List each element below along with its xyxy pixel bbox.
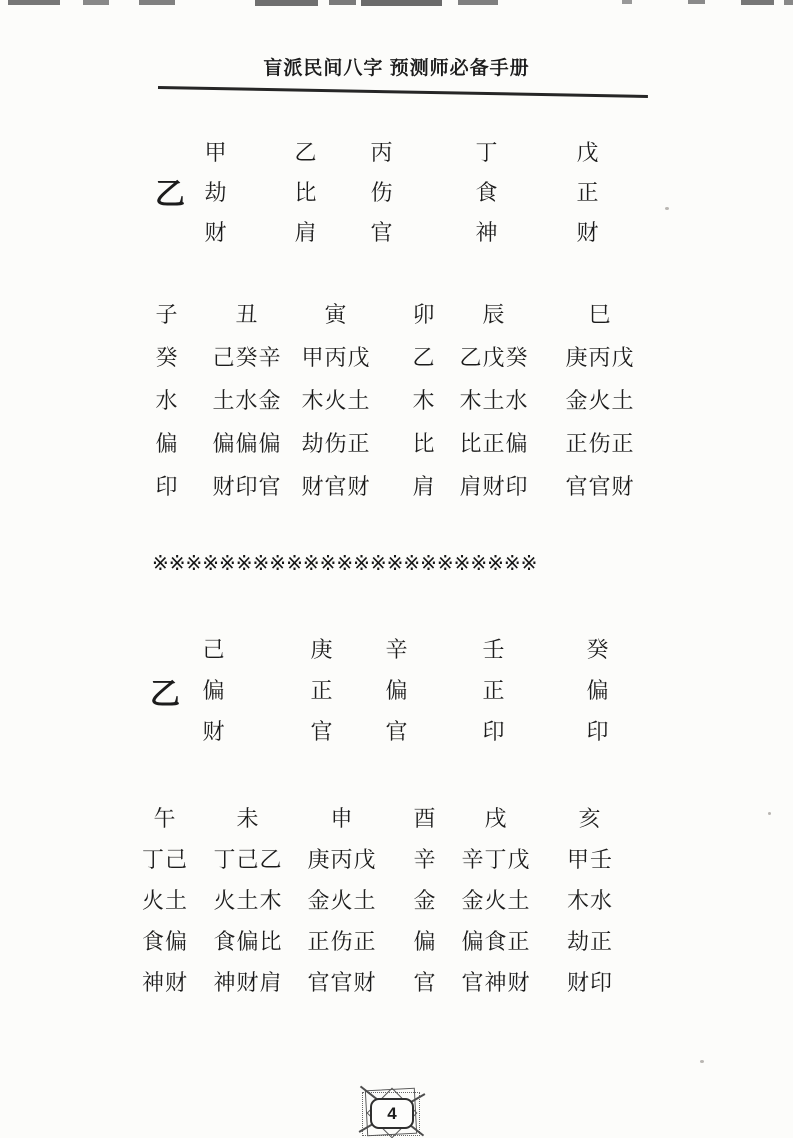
branch-char: 丑 <box>212 292 281 335</box>
relation-line2: 财官财 <box>301 464 370 507</box>
stem-char: 庚 <box>310 628 333 669</box>
relation-char: 官 <box>385 710 408 751</box>
elements: 金火土 <box>307 879 376 920</box>
relation-line2: 印 <box>155 464 178 507</box>
hidden-stems: 乙戊癸 <box>459 335 528 378</box>
branch-column: 寅 甲丙戊 木火土 劫伤正 财官财 <box>301 292 370 507</box>
scan-artifact <box>622 0 632 4</box>
stem-char: 丙 <box>370 131 393 171</box>
relation-char: 财 <box>202 710 225 751</box>
elements: 木土水 <box>459 378 528 421</box>
stem-column: 庚 正 官 <box>310 628 333 751</box>
page-title: 盲派民间八字 预测师必备手册 <box>263 53 529 80</box>
day-master-char: 乙 <box>155 169 185 213</box>
relation-line2: 官 <box>413 961 436 1002</box>
scan-artifact <box>361 0 442 6</box>
section-divider: ※※※※※※※※※※※※※※※※※※※※※※※ <box>152 551 537 577</box>
relation-char: 印 <box>586 710 609 751</box>
elements: 火土木 <box>213 879 282 920</box>
branch-column: 亥 甲壬 木水 劫正 财印 <box>567 797 613 1002</box>
elements: 土水金 <box>212 378 281 421</box>
relation-char: 正 <box>576 171 599 211</box>
relation-char: 偏 <box>385 669 408 710</box>
relation-line1: 食偏 <box>142 920 188 961</box>
elements: 火土 <box>142 879 188 920</box>
hidden-stems: 甲壬 <box>567 838 613 879</box>
day-master-char: 乙 <box>150 669 180 713</box>
hidden-stems: 己癸辛 <box>212 335 281 378</box>
relation-line1: 劫伤正 <box>301 421 370 464</box>
scan-artifact <box>8 0 60 5</box>
stem-char: 癸 <box>586 628 609 669</box>
branch-char: 午 <box>142 797 188 838</box>
hidden-stems: 辛丁戊 <box>461 838 530 879</box>
relation-line1: 比 <box>412 421 435 464</box>
branch-column: 辰 乙戊癸 木土水 比正偏 肩财印 <box>459 292 528 507</box>
relation-line1: 偏 <box>413 920 436 961</box>
relation-line1: 劫正 <box>567 920 613 961</box>
stem-char: 戊 <box>576 131 599 171</box>
relation-line2: 官官财 <box>307 961 376 1002</box>
relation-line1: 偏偏偏 <box>212 421 281 464</box>
header-rule <box>158 86 648 98</box>
relation-line2: 官神财 <box>461 961 530 1002</box>
page-number: 4 <box>370 1098 414 1129</box>
stem-column: 甲 劫 财 <box>204 131 227 251</box>
scan-artifact <box>741 0 774 5</box>
branch-char: 申 <box>307 797 376 838</box>
hidden-stems: 癸 <box>155 335 178 378</box>
branch-char: 戌 <box>461 797 530 838</box>
relation-line1: 偏食正 <box>461 920 530 961</box>
branch-column: 戌 辛丁戊 金火土 偏食正 官神财 <box>461 797 530 1002</box>
relation-char: 比 <box>294 171 317 211</box>
stem-column: 丁 食 神 <box>475 131 498 251</box>
relation-char: 财 <box>204 211 227 251</box>
stem-char: 乙 <box>294 131 317 171</box>
hidden-stems: 乙 <box>412 335 435 378</box>
relation-char: 食 <box>475 171 498 211</box>
branch-column: 巳 庚丙戊 金火土 正伤正 官官财 <box>565 292 634 507</box>
elements: 木水 <box>567 879 613 920</box>
stem-char: 丁 <box>475 131 498 171</box>
scan-artifact <box>329 0 356 5</box>
relation-line2: 肩 <box>412 464 435 507</box>
elements: 金火土 <box>565 378 634 421</box>
scan-speck <box>700 1060 704 1063</box>
elements: 木 <box>412 378 435 421</box>
relation-char: 官 <box>310 710 333 751</box>
hidden-stems: 庚丙戊 <box>307 838 376 879</box>
scan-artifact <box>784 0 793 5</box>
stem-column: 己 偏 财 <box>202 628 225 751</box>
branch-char: 子 <box>155 292 178 335</box>
branch-char: 巳 <box>565 292 634 335</box>
scan-speck <box>665 207 669 210</box>
scanned-book-page: 盲派民间八字 预测师必备手册 乙 甲 劫 财 乙 比 肩 丙 伤 官 丁 食 神… <box>0 0 793 1138</box>
branch-column: 午 丁己 火土 食偏 神财 <box>142 797 188 1002</box>
stem-char: 壬 <box>482 628 505 669</box>
branch-column: 申 庚丙戊 金火土 正伤正 官官财 <box>307 797 376 1002</box>
hidden-stems: 庚丙戊 <box>565 335 634 378</box>
hidden-stems: 甲丙戊 <box>301 335 370 378</box>
stem-column: 丙 伤 官 <box>370 131 393 251</box>
branch-char: 亥 <box>567 797 613 838</box>
relation-line2: 神财 <box>142 961 188 1002</box>
stem-column: 癸 偏 印 <box>586 628 609 751</box>
stem-column: 戊 正 财 <box>576 131 599 251</box>
scan-artifact <box>139 0 175 5</box>
stem-char: 甲 <box>204 131 227 171</box>
relation-line2: 神财肩 <box>213 961 282 1002</box>
stem-column: 乙 比 肩 <box>294 131 317 251</box>
relation-char: 正 <box>310 669 333 710</box>
branch-char: 辰 <box>459 292 528 335</box>
relation-char: 伤 <box>370 171 393 211</box>
elements: 木火土 <box>301 378 370 421</box>
hidden-stems: 辛 <box>413 838 436 879</box>
stem-column: 壬 正 印 <box>482 628 505 751</box>
elements: 水 <box>155 378 178 421</box>
stem-char: 辛 <box>385 628 408 669</box>
relation-line1: 食偏比 <box>213 920 282 961</box>
branch-char: 酉 <box>413 797 436 838</box>
relation-char: 偏 <box>586 669 609 710</box>
relation-line1: 正伤正 <box>307 920 376 961</box>
branch-char: 未 <box>213 797 282 838</box>
relation-line2: 官官财 <box>565 464 634 507</box>
relation-char: 印 <box>482 710 505 751</box>
relation-char: 肩 <box>294 211 317 251</box>
relation-line1: 比正偏 <box>459 421 528 464</box>
scan-artifact <box>83 0 109 5</box>
page-number-ornament: 4 <box>360 1088 422 1138</box>
relation-line1: 正伤正 <box>565 421 634 464</box>
branch-column: 卯 乙 木 比 肩 <box>412 292 435 507</box>
relation-line1: 偏 <box>155 421 178 464</box>
scan-artifact <box>255 0 318 6</box>
relation-line2: 财印 <box>567 961 613 1002</box>
branch-column: 未 丁己乙 火土木 食偏比 神财肩 <box>213 797 282 1002</box>
branch-char: 卯 <box>412 292 435 335</box>
relation-char: 神 <box>475 211 498 251</box>
branch-column: 丑 己癸辛 土水金 偏偏偏 财印官 <box>212 292 281 507</box>
relation-char: 官 <box>370 211 393 251</box>
relation-char: 正 <box>482 669 505 710</box>
hidden-stems: 丁己乙 <box>213 838 282 879</box>
scan-artifact <box>458 0 498 5</box>
stem-column: 辛 偏 官 <box>385 628 408 751</box>
scan-artifact <box>688 0 705 4</box>
branch-column: 酉 辛 金 偏 官 <box>413 797 436 1002</box>
relation-char: 财 <box>576 211 599 251</box>
elements: 金火土 <box>461 879 530 920</box>
elements: 金 <box>413 879 436 920</box>
stem-char: 己 <box>202 628 225 669</box>
branch-column: 子 癸 水 偏 印 <box>155 292 178 507</box>
relation-char: 偏 <box>202 669 225 710</box>
relation-line2: 财印官 <box>212 464 281 507</box>
relation-line2: 肩财印 <box>459 464 528 507</box>
relation-char: 劫 <box>204 171 227 211</box>
branch-char: 寅 <box>301 292 370 335</box>
scan-speck <box>768 812 771 815</box>
hidden-stems: 丁己 <box>142 838 188 879</box>
